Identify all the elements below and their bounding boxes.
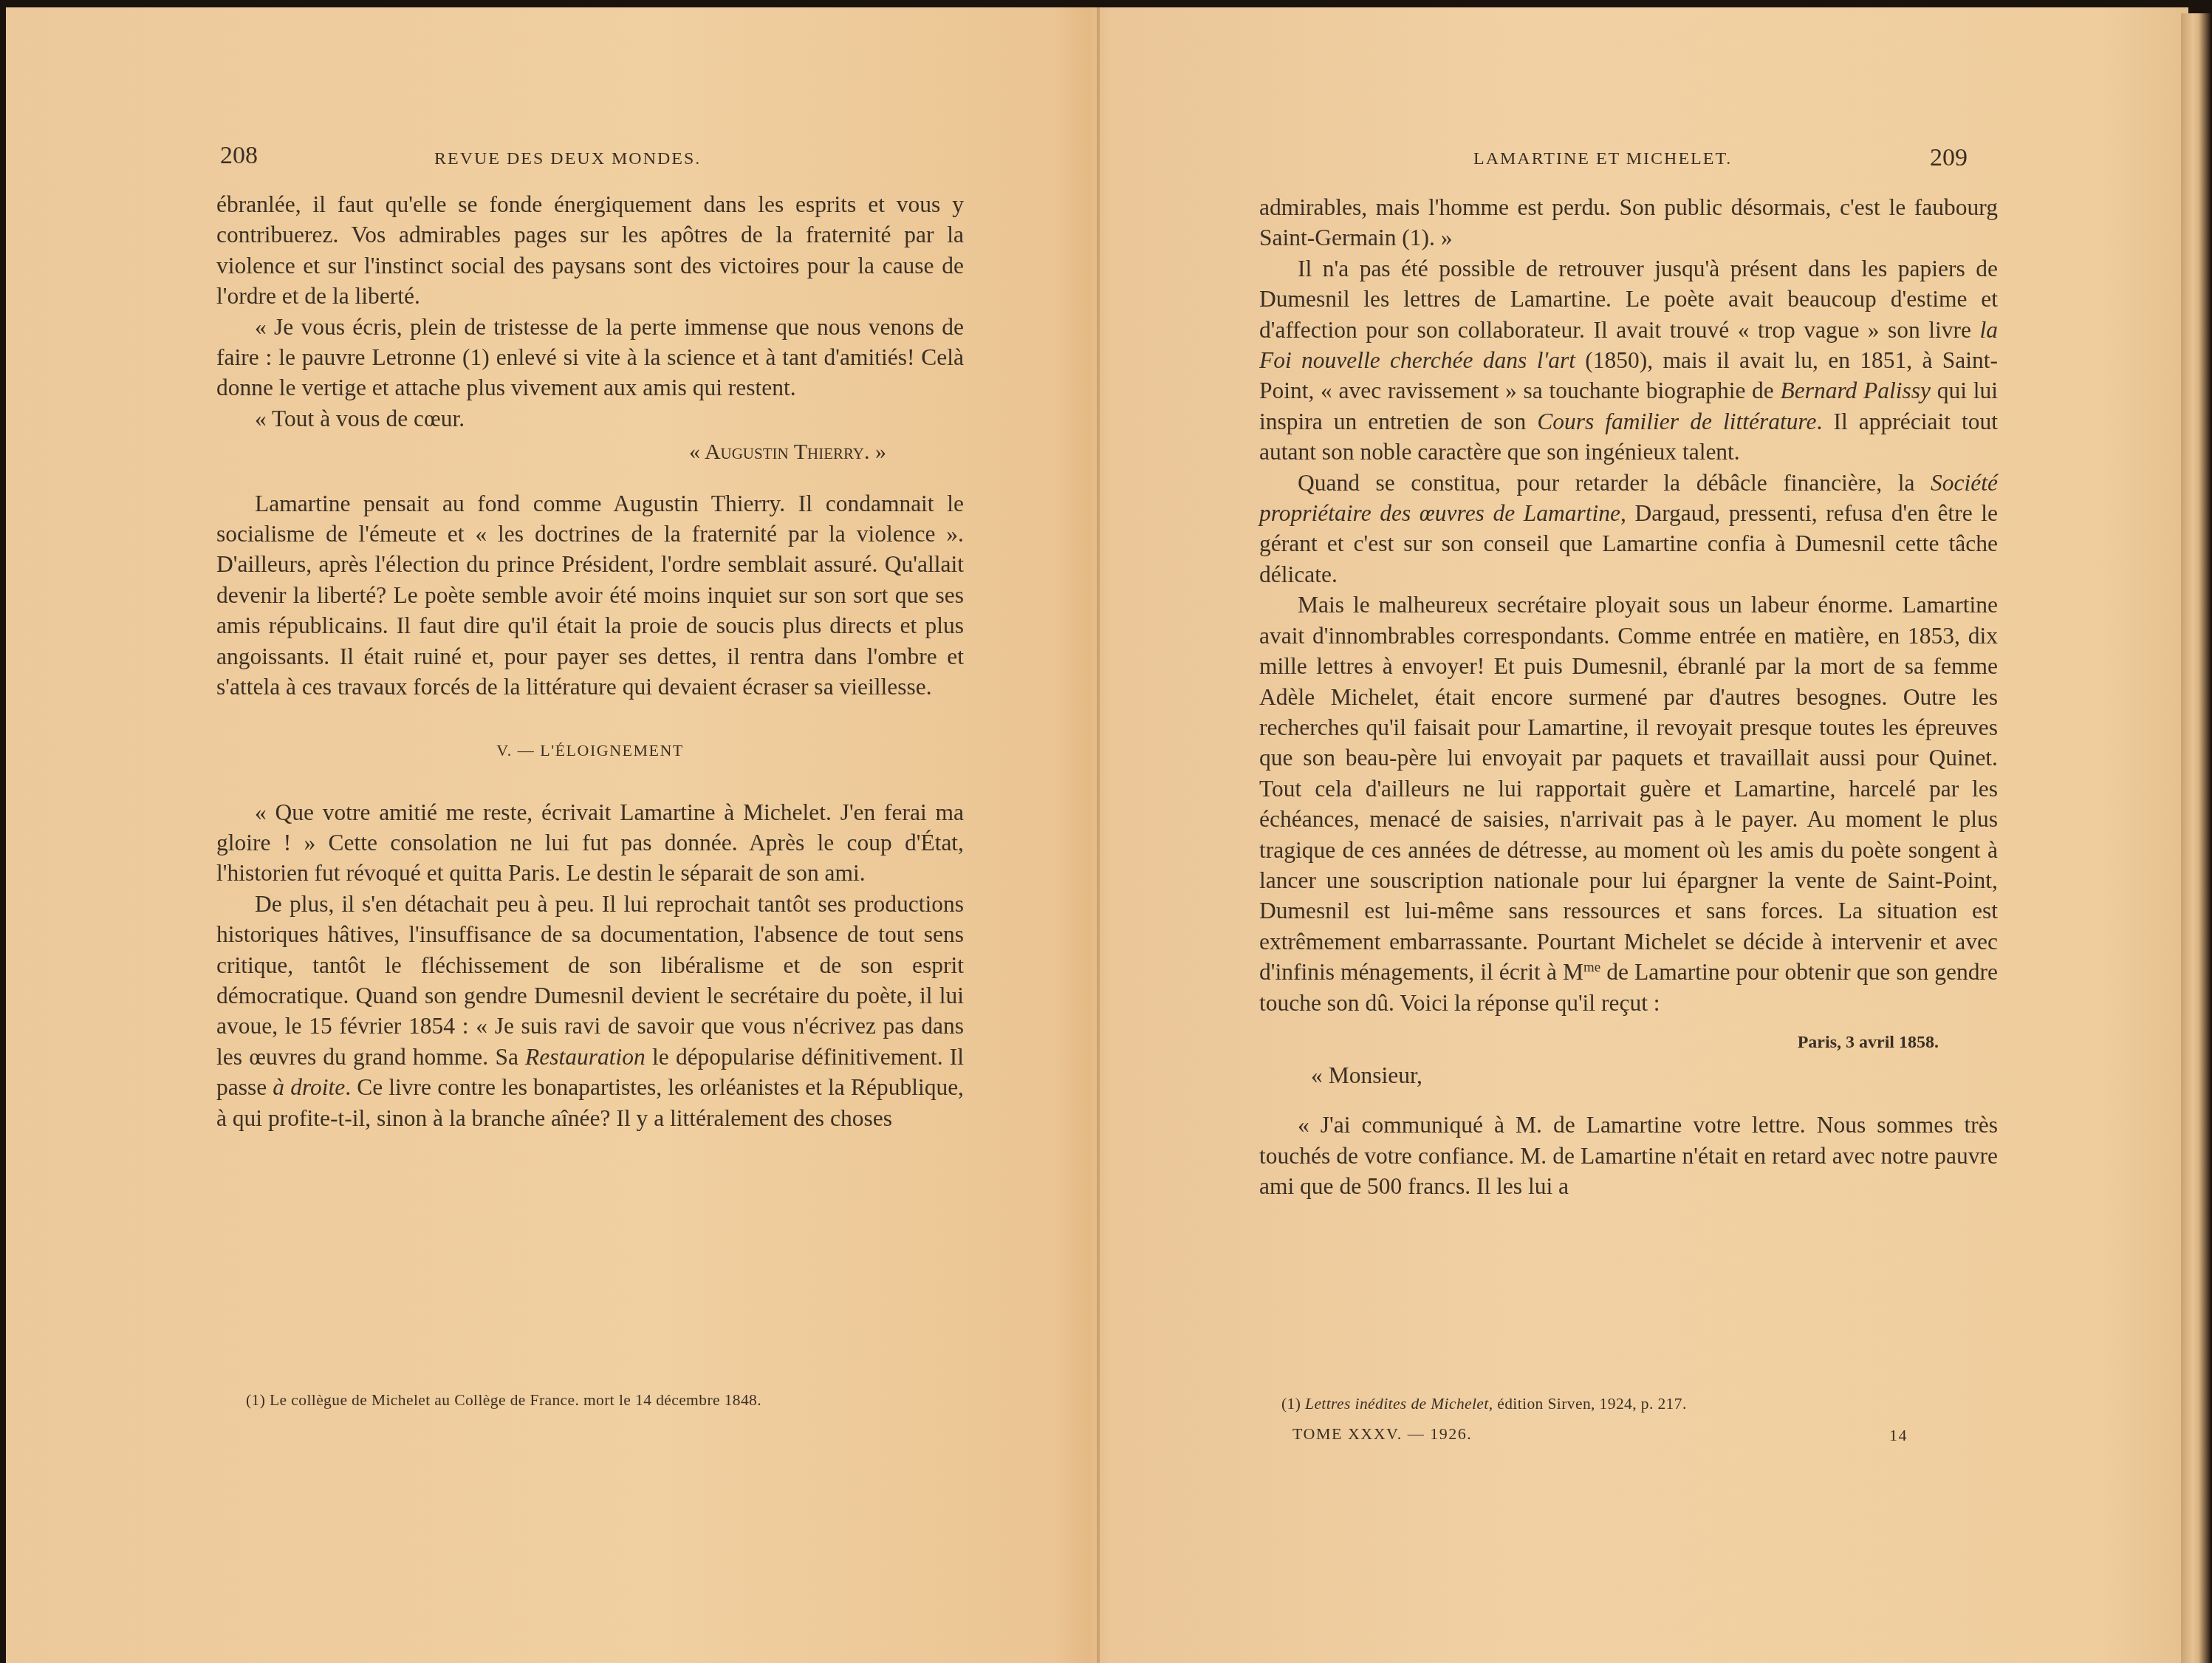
section-heading: V. — L'ÉLOIGNEMENT bbox=[216, 741, 964, 760]
paragraph: « Tout à vous de cœur. bbox=[216, 403, 964, 434]
footnote: (1) Lettres inédites de Michelet, éditio… bbox=[1281, 1395, 1687, 1413]
paragraph: Lamartine pensait au fond comme Augustin… bbox=[216, 488, 964, 703]
right-page: LAMARTINE ET MICHELET. 209 admirables, m… bbox=[1100, 7, 2188, 1663]
paragraph: « Que votre amitié me reste, écrivait La… bbox=[216, 797, 964, 889]
letter-paragraph: « J'ai communiqué à M. de Lamartine votr… bbox=[1259, 1110, 1998, 1201]
paragraph: « Je vous écris, plein de tristesse de l… bbox=[216, 312, 964, 403]
signature-mark: 14 bbox=[1889, 1426, 1908, 1445]
running-title: REVUE DES DEUX MONDES. bbox=[434, 149, 701, 169]
left-text-block: ébranlée, il faut qu'elle se fonde énerg… bbox=[216, 189, 964, 1133]
letter-date: Paris, 3 avril 1858. bbox=[1259, 1033, 1998, 1053]
letter-salutation: « Monsieur, bbox=[1259, 1060, 1998, 1090]
paragraph: Il n'a pas été possible de retrouver jus… bbox=[1259, 253, 1998, 468]
signature: « Augustin Thierry. » bbox=[216, 437, 964, 467]
footnote: (1) Le collègue de Michelet au Collège d… bbox=[246, 1391, 761, 1410]
paragraph: Mais le malheureux secrétaire ployait so… bbox=[1259, 590, 1998, 1018]
paragraph: Quand se constitua, pour retarder la déb… bbox=[1259, 468, 1998, 590]
page-number: 209 bbox=[1930, 144, 1968, 172]
paragraph: admirables, mais l'homme est perdu. Son … bbox=[1259, 192, 1998, 253]
page-number: 208 bbox=[220, 142, 258, 170]
right-text-block: admirables, mais l'homme est perdu. Son … bbox=[1259, 192, 1998, 1202]
running-title: LAMARTINE ET MICHELET. bbox=[1473, 149, 1732, 169]
paragraph: De plus, il s'en détachait peu à peu. Il… bbox=[216, 889, 964, 1133]
left-page: 208 REVUE DES DEUX MONDES. ébranlée, il … bbox=[6, 7, 1099, 1663]
book-spread: 208 REVUE DES DEUX MONDES. ébranlée, il … bbox=[6, 7, 2188, 1663]
paragraph: ébranlée, il faut qu'elle se fonde énerg… bbox=[216, 189, 964, 312]
volume-line: TOME XXXV. — 1926. bbox=[1292, 1424, 1472, 1444]
